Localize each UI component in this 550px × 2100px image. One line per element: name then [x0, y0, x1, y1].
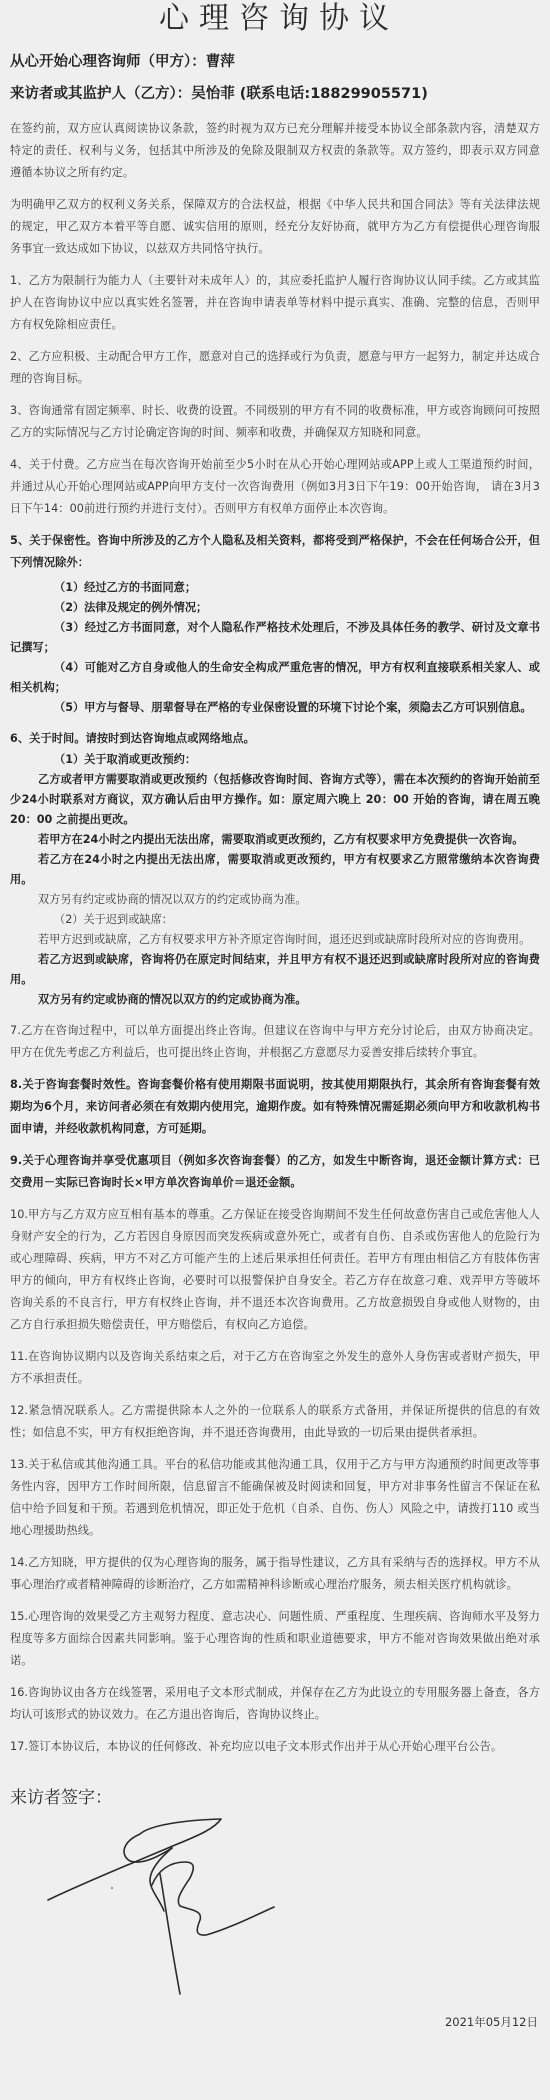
clause-10: 10.甲方与乙方双方应互相有基本的尊重。乙方保证在接受咨询期间不发生任何故意伤害… [10, 1204, 540, 1336]
clause-4: 4、关于付费。乙方应当在每次咨询开始前至少5小时在从心开始心理网站或APP上或人… [10, 454, 540, 520]
clause-8: 8.关于咨询套餐时效性。咨询套餐价格有使用期限书面说明，按其使用期限执行，其余所… [10, 1074, 540, 1140]
clause-9: 9.关于心理咨询并享受优惠项目（例如多次咨询套餐）的乙方，如发生中断咨询，退还金… [10, 1150, 540, 1194]
clause-6-lead: 6、关于时间。请按时到达咨询地点或网络地点。 [10, 728, 540, 750]
intro-paragraph: 在签约前，双方应认真阅读协议条款，签约时视为双方已充分理解并接受本协议全部条款内… [10, 118, 540, 184]
clause-2: 2、乙方应积极、主动配合甲方工作，愿意对自己的选择或行为负责，愿意与甲方一起努力… [10, 346, 540, 390]
clause-1: 1、乙方为限制行为能力人（主要针对未成年人）的，其应委托监护人履行咨询协议认同手… [10, 270, 540, 336]
clause-5-item: （1）经过乙方的书面同意； [10, 578, 540, 598]
page-title: 心理咨询协议 [10, 0, 540, 38]
clause-13: 13.关于私信或其他沟通工具。平台的私信功能或其他沟通工具，仅用于乙方与甲方沟通… [10, 1454, 540, 1542]
clause-5-item: （5）甲方与督导、朋辈督导在严格的专业保密设置的环境下讨论个案，须隐去乙方可识别… [10, 698, 540, 718]
clause-6-sub1-text: 乙方或者甲方需要取消或更改预约（包括修改咨询时间、咨询方式等），需在本次预约的咨… [10, 770, 540, 830]
clause-6-sub2-text: 若乙方迟到或缺席，咨询将仍在原定时间结束，并且甲方有权不退还迟到或缺席时段所对应… [10, 950, 540, 990]
clause-12: 12.紧急情况联系人。乙方需提供除本人之外的一位联系人的联系方式备用，并保证所提… [10, 1400, 540, 1444]
clause-6-sub1-text: 若甲方在24小时之内提出无法出席，需要取消或更改预约，乙方有权要求甲方免费提供一… [10, 830, 540, 850]
clause-15: 15.心理咨询的效果受乙方主观努力程度、意志决心、问题性质、严重程度、生理疾病、… [10, 1606, 540, 1672]
party-b-line: 来访者或其监护人（乙方）：吴怡菲 (联系电话:18829905571) [10, 84, 540, 104]
agreement-document: 心理咨询协议 从心开始心理咨询师（甲方）：曹萍 来访者或其监护人（乙方）：吴怡菲… [0, 0, 550, 1810]
clause-6-sub2-title: （2）关于迟到或缺席： [10, 910, 540, 930]
clause-16: 16.咨询协议由各方在线签署，采用电子文本形式制成，并保存在乙方为此设立的专用服… [10, 1682, 540, 1726]
clause-5-item: （3）经过乙方书面同意，对个人隐私作严格技术处理后，不涉及具体任务的教学、研讨及… [10, 618, 540, 658]
clause-11: 11.在咨询协议期内以及咨询关系结束之后，对于乙方在咨询室之外发生的意外人身伤害… [10, 1346, 540, 1390]
clause-6-sub1-title: （1）关于取消或更改预约： [10, 750, 540, 770]
handwritten-signature [0, 1800, 550, 2010]
clause-6-sub1-text: 双方另有约定或协商的情况以双方的约定或协商为准。 [10, 890, 540, 910]
intro-paragraph: 为明确甲乙双方的权利义务关系，保障双方的合法权益，根据《中华人民共和国合同法》等… [10, 194, 540, 260]
clause-6-sub1-text: 若乙方在24小时之内提出无法出席，需要取消或更改预约，甲方有权要求乙方照常缴纳本… [10, 850, 540, 890]
clause-5-lead: 5、关于保密性。咨询中所涉及的乙方个人隐私及相关资料，都将受到严格保护，不会在任… [10, 530, 540, 574]
party-a-line: 从心开始心理咨询师（甲方）：曹萍 [10, 52, 540, 72]
clause-6-sub2-text: 若甲方迟到或缺席，乙方有权要求甲方补齐原定咨询时间，退还迟到或缺席时段所对应的咨… [10, 930, 540, 950]
clause-17: 17.签订本协议后，本协议的任何修改、补充均应以电子文本形式作出并于从心开始心理… [10, 1736, 540, 1758]
clause-5-item: （4）可能对乙方自身或他人的生命安全构成严重危害的情况，甲方有权利直接联系相关家… [10, 658, 540, 698]
clause-6-sub2-text: 双方另有约定或协商的情况以双方的约定或协商为准。 [10, 990, 540, 1010]
clause-14: 14.乙方知晓，甲方提供的仅为心理咨询的服务，属于指导性建议，乙方具有采纳与否的… [10, 1552, 540, 1596]
clause-7: 7.乙方在咨询过程中，可以单方面提出终止咨询。但建议在咨询中与甲方充分讨论后，由… [10, 1020, 540, 1064]
clause-5-item: （2）法律及规定的例外情况； [10, 598, 540, 618]
signature-date: 2021年05月12日 [445, 2014, 538, 2030]
clause-3: 3、咨询通常有固定频率、时长、收费的设置。不同级别的甲方有不同的收费标准，甲方或… [10, 400, 540, 444]
